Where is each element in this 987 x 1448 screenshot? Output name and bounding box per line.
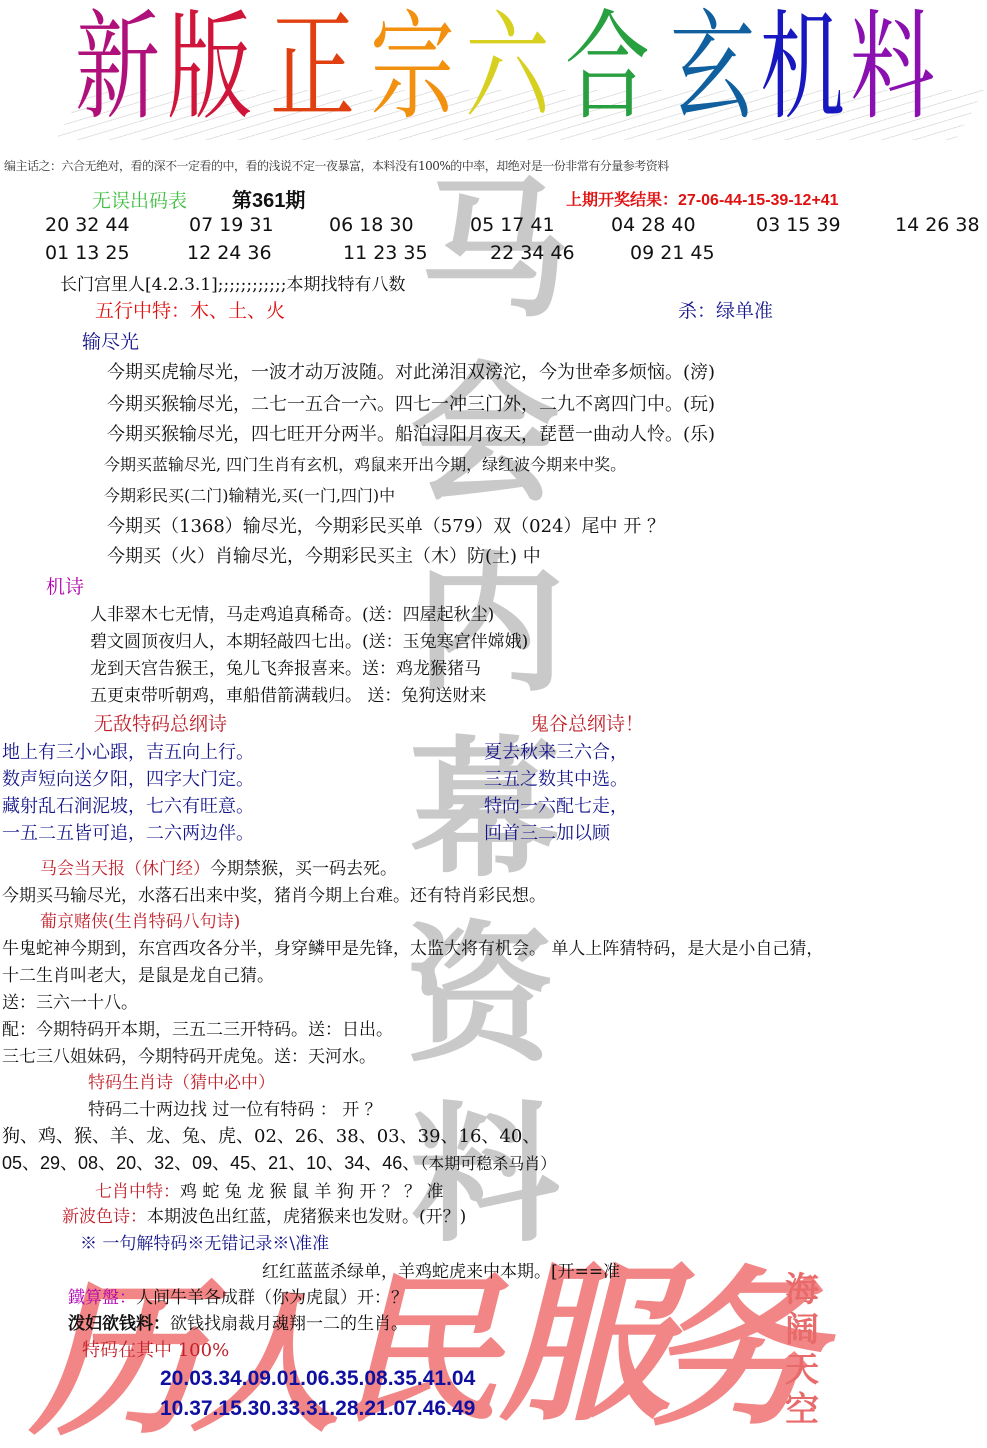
horse-club-line: 马会当天报（休门经）今期禁猴，买一码去死。: [40, 854, 397, 879]
one-sentence-text: 红红蓝蓝杀绿单，羊鸡蛇虎来中本期。[开==准: [262, 1257, 620, 1282]
number-group: 14 26 38: [895, 214, 980, 236]
title-char: 六: [465, 0, 550, 135]
seven-zodiac-label: 七肖中特：: [95, 1182, 180, 1202]
table-label: 无误出码表: [92, 186, 187, 213]
new-wave-label: 新波色诗：: [62, 1207, 147, 1227]
lose-all-line: 今期买虎输尽光，一波才动万波随。对此涕泪双滂沱，今为世牵多烦恼。(滂): [107, 358, 715, 384]
seven-zodiac-text: 鸡 蛇 兔 龙 猴 鼠 羊 狗 开 ？ ？ 准: [180, 1182, 443, 1202]
macau-line: 十二生肖叫老大，是鼠是龙自己猜。: [2, 961, 274, 986]
lose-all-line: 今期买猴输尽光，四七旺开分两半。船泊浔阳月夜天，琵琶一曲动人怜。(乐): [107, 420, 715, 446]
number-group: 03 15 39: [756, 214, 841, 236]
section-title-machine-poem: 机诗: [46, 572, 84, 599]
title-char: 正: [270, 0, 355, 135]
lose-all-line: 今期买（1368）输尽光，今期彩民买单（579）双（024）尾中 开 ？: [107, 512, 665, 538]
lose-all-line: 今期买猴输尽光，二七一五合一六。四七一冲三门外，二九不离四门中。(玩): [107, 390, 715, 416]
seven-zodiac-line: 七肖中特：鸡 蛇 兔 龙 猴 鼠 羊 狗 开 ？ ？ 准: [95, 1177, 443, 1202]
final-label: 特码在其中 100%: [82, 1336, 229, 1362]
signature: 海 阔 天 空: [785, 1270, 825, 1430]
title-banner: 新 版 正 宗 六 合 玄 机 料: [60, 0, 940, 150]
title-char: 版: [167, 0, 252, 135]
guigu-poem-line: 回首三二加以顾: [484, 819, 610, 845]
last-result-label: 上期开奖结果：: [566, 192, 678, 209]
number-group: 11 23 35: [343, 242, 428, 264]
invincible-poem-line: 数声短向送夕阳，四字大门定。: [2, 765, 254, 791]
invincible-poem-line: 地上有三小心跟，吉五向上行。: [2, 738, 254, 764]
issue-number: 第361期: [232, 184, 305, 213]
guigu-poem-line: 特向一六配七走，: [484, 792, 628, 818]
machine-poem-line: 五更束带听朝鸡，車船借箭满载归。 送：兔狗送财来: [90, 681, 486, 706]
title-char: 宗: [370, 0, 455, 135]
macau-line: 送：三六一十八。: [2, 988, 138, 1013]
signature-char: 海: [785, 1270, 825, 1310]
zodiac-list-2: 05、29、08、20、32、09、45、21、10、34、46、（本期可稳杀马…: [2, 1149, 556, 1175]
horse-club-line-2: 今期买马输尽光，水落石出来中奖，猪肖今期上台难。还有特肖彩民想。: [2, 881, 546, 906]
last-result-value: 27-06-44-15-39-12+41: [678, 192, 839, 209]
title-char: 合: [565, 0, 650, 135]
macau-line: 牛鬼蛇神今期到，东宫西攻各分半，身穿鳞甲是先锋，太监大将有机会。 单人上阵猜特码…: [2, 934, 823, 959]
number-group: 20 32 44: [45, 214, 130, 236]
number-group: 09 21 45: [630, 242, 715, 264]
number-group: 22 34 46: [490, 242, 575, 264]
kill-label: 杀：绿单准: [678, 296, 773, 323]
palace-line: 长门宫里人[4.2.3.1];;;;;;;;;;;;本期找特有八数: [60, 270, 405, 295]
section-title-one-sentence: ※ 一句解特码※无错记录※\准准: [80, 1229, 329, 1254]
final-numbers-row-2: 10.37.15.30.33.31.28.21.07.46.49: [160, 1397, 475, 1421]
zodiac-list-2-note: （本期可稳杀马肖）: [420, 1154, 556, 1173]
zodiac-poem-line: 特码二十两边找 过一位有特码 ： 开 ？: [88, 1095, 382, 1120]
section-title-macau-gambler: 葡京赌侠(生肖特码八句诗): [40, 907, 240, 932]
wuxing-label: 五行中特：木、土、火: [95, 296, 285, 323]
number-group: 01 13 25: [45, 242, 130, 264]
macau-line: 三七三八姐妹码，今期特码开虎兔。送：天河水。: [2, 1042, 376, 1067]
macau-line: 配：今期特码开本期，三五二三开特码。送：日出。: [2, 1015, 393, 1040]
invincible-poem-line: 一五二五皆可追，二六两边伴。: [2, 819, 254, 845]
number-group: 05 17 41: [470, 214, 555, 236]
number-group: 04 28 40: [611, 214, 696, 236]
machine-poem-line: 龙到天宫告猴王，兔儿飞奔报喜来。送：鸡龙猴猪马: [90, 654, 481, 679]
title-char: 机: [760, 0, 845, 135]
iron-calc-text: 人间牛羊各成群（你为虎鼠）开：？: [136, 1288, 408, 1308]
invincible-poem-line: 藏射乱石涧泥坡，七六有旺意。: [2, 792, 254, 818]
lose-all-line: 今期买蓝输尽光, 四门生肖有玄机，鸡鼠来开出今期，绿红波今期来中奖。: [104, 452, 626, 475]
number-group: 06 18 30: [329, 214, 414, 236]
title-char: 玄: [670, 0, 755, 135]
number-group: 07 19 31: [189, 214, 274, 236]
zodiac-list-1: 狗、鸡、猴、羊、龙、兔、虎、02、26、38、03、39、16、40、: [2, 1122, 540, 1148]
section-title-invincible-poem: 无敌特码总纲诗: [94, 709, 227, 736]
section-title-guigu-poem: 鬼谷总纲诗！: [530, 709, 644, 736]
shrew-money-label: 泼妇欲钱料：: [68, 1314, 170, 1334]
zodiac-list-2-numbers: 05、29、08、20、32、09、45、21、10、34、46、: [2, 1153, 420, 1173]
guigu-poem-line: 夏去秋来三六合，: [484, 738, 628, 764]
iron-calc-label: 鐵算盤：: [68, 1288, 136, 1308]
lose-all-line: 今期彩民买(二门)输精光,买(一门,四门)中: [104, 483, 395, 506]
signature-char: 阔: [785, 1310, 825, 1350]
horse-club-text: 今期禁猴，买一码去死。: [210, 859, 397, 879]
signature-char: 天: [785, 1350, 825, 1390]
final-numbers-row-1: 20.03.34.09.01.06.35.08.35.41.04: [160, 1367, 475, 1391]
editor-tagline: 编主话之：六合无绝对，看的深不一定看的中，看的浅说不定一夜暴富，本料没有100%…: [4, 157, 669, 174]
section-title-lose-all: 输尽光: [82, 327, 139, 354]
shrew-money-text: 欲钱找扇裁月魂翔一二的生肖。: [170, 1314, 408, 1334]
number-group: 12 24 36: [187, 242, 272, 264]
section-title-zodiac-poem: 特码生肖诗（猜中必中）: [88, 1068, 275, 1093]
watermark-red-char-4: 服: [500, 1260, 670, 1430]
iron-calc-line: 鐵算盤：人间牛羊各成群（你为虎鼠）开：？: [68, 1283, 408, 1308]
new-wave-text: 本期波色出红蓝，虎猪猴来也发财。(开？): [147, 1207, 466, 1227]
title-char: 料: [850, 0, 935, 135]
guigu-poem-line: 三五之数其中选。: [484, 765, 628, 791]
title-char: 新: [75, 0, 160, 135]
machine-poem-line: 碧文圆顶夜归人，本期轻敲四七出。(送：玉兔寒宫伴嫦娥): [90, 627, 528, 652]
signature-char: 空: [785, 1390, 825, 1430]
machine-poem-line: 人非翠木七无情，马走鸡追真稀奇。(送：四屋起秋尘): [90, 600, 494, 625]
lose-all-line: 今期买（火）肖输尽光，今期彩民买主（木）防(土) 中: [107, 542, 541, 568]
last-result: 上期开奖结果：27-06-44-15-39-12+41: [566, 187, 839, 210]
horse-club-label: 马会当天报（休门经）: [40, 859, 210, 879]
new-wave-line: 新波色诗：本期波色出红蓝，虎猪猴来也发财。(开？): [62, 1202, 466, 1227]
shrew-money-line: 泼妇欲钱料：欲钱找扇裁月魂翔一二的生肖。: [68, 1309, 408, 1334]
